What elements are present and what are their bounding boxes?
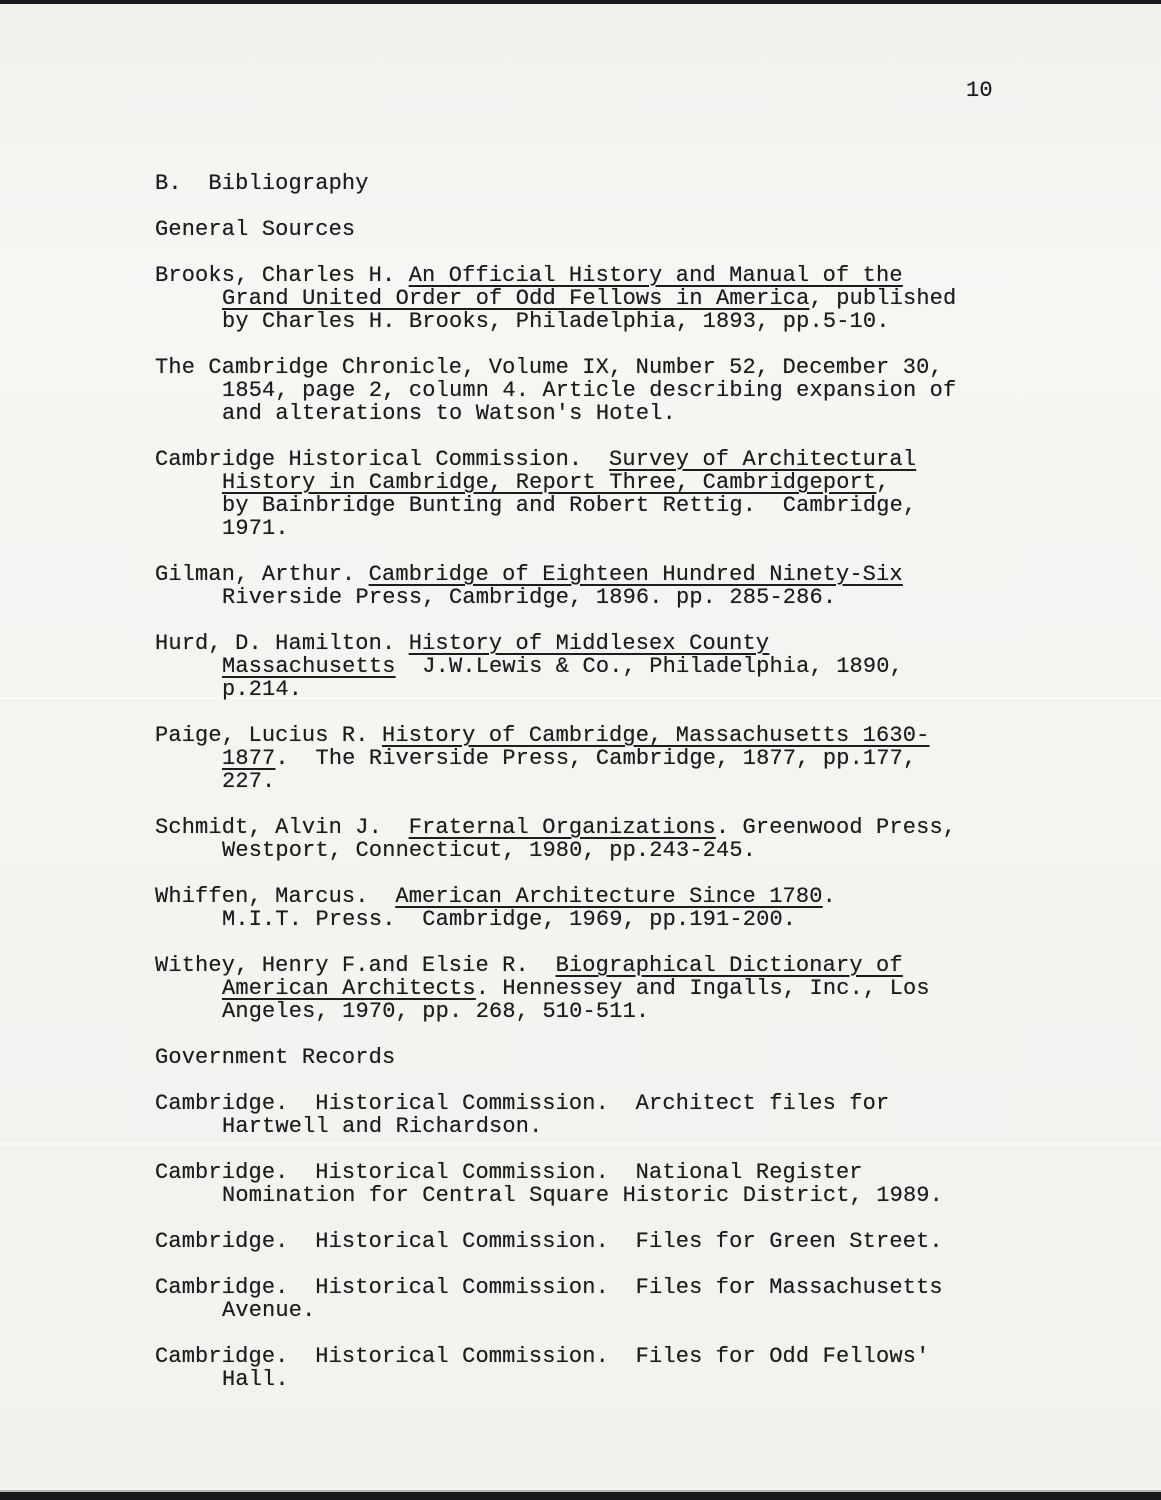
text-segment: ,	[876, 470, 889, 495]
text-segment: Gilman, Arthur.	[155, 562, 369, 587]
text-segment: by Bainbridge Bunting and Robert Rettig.…	[222, 493, 916, 518]
text-segment: , published	[810, 286, 957, 311]
entry-line: The Cambridge Chronicle, Volume IX, Numb…	[155, 356, 1035, 379]
blank-line	[155, 701, 1035, 724]
blank-line	[155, 1023, 1035, 1046]
blank-line	[155, 425, 1035, 448]
entry-line: Paige, Lucius R. History of Cambridge, M…	[155, 724, 1035, 747]
bibliography-entry: Cambridge Historical Commission. Survey …	[155, 448, 1035, 540]
bibliography-entry: Whiffen, Marcus. American Architecture S…	[155, 885, 1035, 931]
blank-line	[155, 1207, 1035, 1230]
text-segment: Riverside Press, Cambridge, 1896. pp. 28…	[222, 585, 836, 610]
text-segment: .	[823, 884, 836, 909]
blank-line	[155, 609, 1035, 632]
entry-line: Cambridge. Historical Commission. Files …	[155, 1345, 1035, 1368]
text-segment: 227.	[222, 769, 275, 794]
scan-edge-top	[0, 0, 1161, 4]
entry-line: Hurd, D. Hamilton. History of Middlesex …	[155, 632, 1035, 655]
entry-line: M.I.T. Press. Cambridge, 1969, pp.191-20…	[155, 908, 1035, 931]
text-segment: Government Records	[155, 1045, 395, 1070]
bibliography-entry: Withey, Henry F.and Elsie R. Biographica…	[155, 954, 1035, 1023]
underlined-title-segment: Biographical Dictionary of	[556, 953, 903, 978]
text-segment: Cambridge. Historical Commission. Nation…	[155, 1160, 863, 1185]
blank-line	[155, 793, 1035, 816]
entry-line: Nomination for Central Square Historic D…	[155, 1184, 1035, 1207]
blank-line	[155, 1391, 1035, 1414]
entry-line: 1854, page 2, column 4. Article describi…	[155, 379, 1035, 402]
text-segment: Hall.	[222, 1367, 289, 1392]
blank-line	[155, 1322, 1035, 1345]
entry-line: Westport, Connecticut, 1980, pp.243-245.	[155, 839, 1035, 862]
section-title: Government Records	[155, 1046, 1035, 1069]
bibliography-entry: Cambridge. Historical Commission. Archit…	[155, 1092, 1035, 1138]
entry-line: Cambridge. Historical Commission. Files …	[155, 1230, 1035, 1253]
entry-line: Hartwell and Richardson.	[155, 1115, 1035, 1138]
text-segment: Whiffen, Marcus.	[155, 884, 395, 909]
entry-line: by Bainbridge Bunting and Robert Rettig.…	[155, 494, 1035, 517]
blank-line	[155, 195, 1035, 218]
text-segment: Nomination for Central Square Historic D…	[222, 1183, 943, 1208]
text-segment: Paige, Lucius R.	[155, 723, 382, 748]
text-segment: 1854, page 2, column 4. Article describi…	[222, 378, 956, 403]
entry-line: Massachusetts J.W.Lewis & Co., Philadelp…	[155, 655, 1035, 678]
text-segment: B. Bibliography	[155, 171, 369, 196]
text-segment: p.214.	[222, 677, 302, 702]
underlined-title-segment: An Official History and Manual of the	[409, 263, 903, 288]
underlined-title-segment: American Architecture Since 1780	[395, 884, 822, 909]
underlined-title-segment: Fraternal Organizations	[409, 815, 716, 840]
page-number: 10	[966, 79, 993, 102]
text-segment: J.W.Lewis & Co., Philadelphia, 1890,	[396, 654, 903, 679]
underlined-title-segment: American Architects	[222, 976, 476, 1001]
underlined-title-segment: History of Cambridge, Massachusetts 1630…	[382, 723, 929, 748]
entry-line: Gilman, Arthur. Cambridge of Eighteen Hu…	[155, 563, 1035, 586]
text-segment: Brooks, Charles H.	[155, 263, 409, 288]
entry-line: Cambridge. Historical Commission. Archit…	[155, 1092, 1035, 1115]
text-segment: 1971.	[222, 516, 289, 541]
text-segment: Westport, Connecticut, 1980, pp.243-245.	[222, 838, 756, 863]
underlined-title-segment: Cambridge of Eighteen Hundred Ninety-Six	[369, 562, 903, 587]
text-segment: Schmidt, Alvin J.	[155, 815, 409, 840]
text-segment: . The Riverside Press, Cambridge, 1877, …	[275, 746, 916, 771]
entry-line: 227.	[155, 770, 1035, 793]
text-segment: . Greenwood Press,	[716, 815, 956, 840]
document-body: B. BibliographyGeneral SourcesBrooks, Ch…	[155, 172, 1035, 1414]
bibliography-entry: The Cambridge Chronicle, Volume IX, Numb…	[155, 356, 1035, 425]
entry-line: by Charles H. Brooks, Philadelphia, 1893…	[155, 310, 1035, 333]
underlined-title-segment: Massachusetts	[222, 654, 396, 679]
document-heading: B. Bibliography	[155, 172, 1035, 195]
text-segment: Cambridge. Historical Commission. Files …	[155, 1344, 929, 1369]
entry-line: American Architects. Hennessey and Ingal…	[155, 977, 1035, 1000]
scan-edge-bottom	[0, 1492, 1161, 1500]
entry-line: Cambridge Historical Commission. Survey …	[155, 448, 1035, 471]
entry-line: History in Cambridge, Report Three, Camb…	[155, 471, 1035, 494]
bibliography-entry: Gilman, Arthur. Cambridge of Eighteen Hu…	[155, 563, 1035, 609]
blank-line	[155, 931, 1035, 954]
bibliography-entry: Brooks, Charles H. An Official History a…	[155, 264, 1035, 333]
text-segment: Cambridge. Historical Commission. Files …	[155, 1275, 943, 1300]
underlined-title-segment: Survey of Architectural	[609, 447, 916, 472]
text-segment: General Sources	[155, 217, 355, 242]
text-segment: Avenue.	[222, 1298, 315, 1323]
bibliography-entry: Schmidt, Alvin J. Fraternal Organization…	[155, 816, 1035, 862]
entry-line: Cambridge. Historical Commission. Files …	[155, 1276, 1035, 1299]
entry-line: Schmidt, Alvin J. Fraternal Organization…	[155, 816, 1035, 839]
entry-line: p.214.	[155, 678, 1035, 701]
text-segment: Hurd, D. Hamilton.	[155, 631, 409, 656]
blank-line	[155, 241, 1035, 264]
text-segment: Angeles, 1970, pp. 268, 510-511.	[222, 999, 649, 1024]
bibliography-entry: Cambridge. Historical Commission. Files …	[155, 1276, 1035, 1322]
entry-line: Whiffen, Marcus. American Architecture S…	[155, 885, 1035, 908]
entry-line: and alterations to Watson's Hotel.	[155, 402, 1035, 425]
text-segment: Cambridge. Historical Commission. Archit…	[155, 1091, 889, 1116]
bibliography-entry: Paige, Lucius R. History of Cambridge, M…	[155, 724, 1035, 793]
bibliography-entry: Cambridge. Historical Commission. Files …	[155, 1345, 1035, 1391]
underlined-title-segment: 1877	[222, 746, 275, 771]
entry-line: Cambridge. Historical Commission. Nation…	[155, 1161, 1035, 1184]
text-segment: M.I.T. Press. Cambridge, 1969, pp.191-20…	[222, 907, 796, 932]
text-segment: Withey, Henry F.and Elsie R.	[155, 953, 556, 978]
bibliography-entry: Hurd, D. Hamilton. History of Middlesex …	[155, 632, 1035, 701]
entry-line: 1877. The Riverside Press, Cambridge, 18…	[155, 747, 1035, 770]
text-segment: Cambridge. Historical Commission. Files …	[155, 1229, 943, 1254]
text-segment: Cambridge Historical Commission.	[155, 447, 609, 472]
entry-line: Grand United Order of Odd Fellows in Ame…	[155, 287, 1035, 310]
text-segment: Hartwell and Richardson.	[222, 1114, 542, 1139]
bibliography-entry: Cambridge. Historical Commission. Files …	[155, 1230, 1035, 1253]
entry-line: Riverside Press, Cambridge, 1896. pp. 28…	[155, 586, 1035, 609]
entry-line: 1971.	[155, 517, 1035, 540]
blank-line	[155, 333, 1035, 356]
blank-line	[155, 540, 1035, 563]
entry-line: Hall.	[155, 1368, 1035, 1391]
underlined-title-segment: Grand United Order of Odd Fellows in Ame…	[222, 286, 810, 311]
blank-line	[155, 1253, 1035, 1276]
blank-line	[155, 1069, 1035, 1092]
section-title: General Sources	[155, 218, 1035, 241]
entry-line: Brooks, Charles H. An Official History a…	[155, 264, 1035, 287]
scanned-page: 10 B. BibliographyGeneral SourcesBrooks,…	[0, 0, 1161, 1500]
text-segment: and alterations to Watson's Hotel.	[222, 401, 676, 426]
text-segment: . Hennessey and Ingalls, Inc., Los	[476, 976, 930, 1001]
text-segment: by Charles H. Brooks, Philadelphia, 1893…	[222, 309, 890, 334]
blank-line	[155, 1138, 1035, 1161]
bibliography-entry: Cambridge. Historical Commission. Nation…	[155, 1161, 1035, 1207]
underlined-title-segment: History of Middlesex County	[409, 631, 770, 656]
underlined-title-segment: History in Cambridge, Report Three, Camb…	[222, 470, 876, 495]
entry-line: Angeles, 1970, pp. 268, 510-511.	[155, 1000, 1035, 1023]
entry-line: Withey, Henry F.and Elsie R. Biographica…	[155, 954, 1035, 977]
text-segment: The Cambridge Chronicle, Volume IX, Numb…	[155, 355, 943, 380]
entry-line: Avenue.	[155, 1299, 1035, 1322]
blank-line	[155, 862, 1035, 885]
